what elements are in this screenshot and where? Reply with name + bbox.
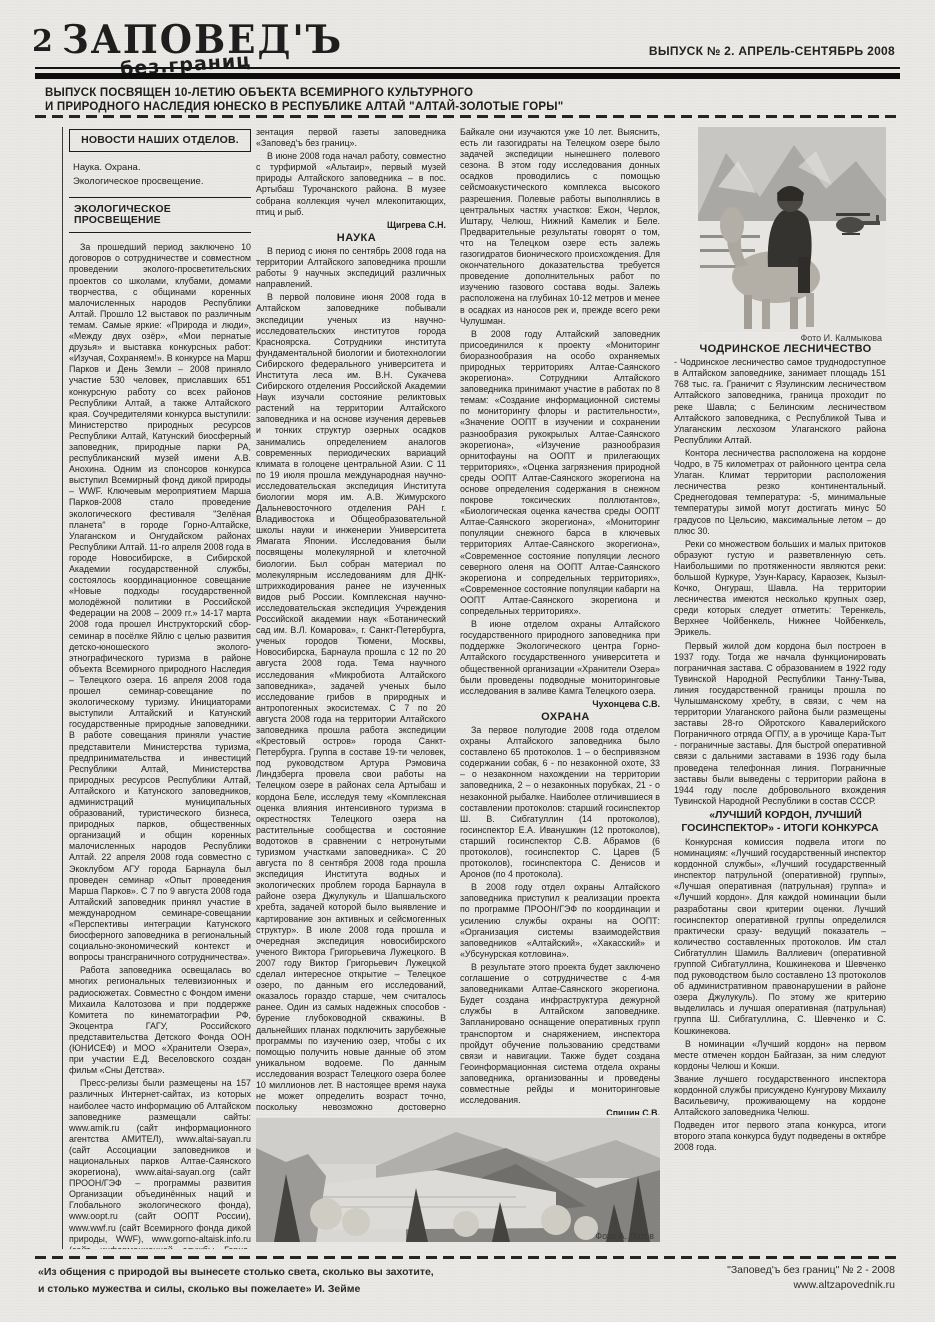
column-chodro: Фото И. Калмыкова ЧОДРИНСКОЕ ЛЕСНИЧЕСТВО… (674, 127, 886, 1249)
footer-issue-title: "Заповед'ъ без границ" № 2 - 2008 (727, 1263, 895, 1278)
paragraph: В номинации «Лучший кордон» на первом ме… (674, 1039, 886, 1072)
paragraph: Конкурсная комиссия подвела итоги по ном… (674, 837, 886, 1037)
newspaper-page: 2 ЗАПОВЕД'Ъ без.границ ВЫПУСК № 2. АПРЕЛ… (0, 0, 935, 1322)
contest-heading-line1: «ЛУЧШИЙ КОРДОН, ЛУЧШИЙ (709, 809, 862, 821)
science-heading: НАУКА (256, 233, 446, 244)
department-list: Наука. Охрана. Экологическое просвещение… (69, 152, 251, 197)
paragraph: В результате этого проекта будет заключе… (460, 962, 660, 1106)
paragraph: За первое полугодие 2008 года отделом ох… (460, 725, 660, 880)
footer-website: www.altzapovednik.ru (727, 1278, 895, 1293)
masthead-rule-thin (35, 67, 900, 69)
paragraph: Пресс-релизы были размещены на 157 разли… (69, 1078, 251, 1249)
horseman-photo (698, 127, 886, 331)
protection-heading: ОХРАНА (460, 712, 660, 723)
contest-heading-line2: ГОСИНСПЕКТОР» - ИТОГИ КОНКУРСА (681, 822, 878, 834)
dedication-line2: И ПРИРОДНОГО НАСЛЕДИЯ ЮНЕСКО В РЕСПУБЛИК… (45, 100, 563, 114)
paragraph: Работа заповедника освещалась во многих … (69, 965, 251, 1076)
paragraph: В 2008 году Алтайский заповедник присоед… (460, 329, 660, 617)
bottom-separator (35, 1256, 900, 1259)
issue-info: ВЫПУСК № 2. АПРЕЛЬ-СЕНТЯБРЬ 2008 (649, 44, 895, 58)
dept-line1: Наука. Охрана. (73, 161, 251, 175)
paragraph: Первый жилой дом кордона был построен в … (674, 641, 886, 807)
author-signature: Чухонцева С.В. (460, 699, 660, 710)
paragraph: Контора лесничества расположена на кордо… (674, 448, 886, 537)
column-eco-education: НОВОСТИ НАШИХ ОТДЕЛОВ. Наука. Охрана. Эк… (62, 127, 251, 1249)
paragraph: В период с июня по сентябрь 2008 года на… (256, 246, 446, 290)
paragraph: - Чодринское лесничество самое труднодос… (674, 357, 886, 446)
column-science: зентация первой газеты заповедника «Запо… (256, 127, 446, 1115)
top-separator (35, 115, 900, 118)
chodro-heading: ЧОДРИНСКОЕ ЛЕСНИЧЕСТВО (674, 344, 886, 355)
eco-education-heading: ЭКОЛОГИЧЕСКОЕ ПРОСВЕЩЕНИЕ (69, 197, 251, 233)
dept-line2: Экологическое просвещение. (73, 175, 251, 189)
paragraph: Звание лучшего государственного инспекто… (674, 1074, 886, 1118)
footer-quote-line1: «Из общения с природой вы вынесете столь… (38, 1264, 434, 1281)
masthead-rule-thick (35, 73, 900, 79)
dedication: ВЫПУСК ПОСВЯЩЕН 10-ЛЕТИЮ ОБЪЕКТА ВСЕМИРН… (45, 86, 563, 114)
contest-heading: «ЛУЧШИЙ КОРДОН, ЛУЧШИЙ ГОСИНСПЕКТОР» - И… (674, 809, 886, 835)
page-number: 2 (32, 24, 53, 59)
paragraph: В июне отделом охраны Алтайского государ… (460, 619, 660, 697)
news-box: НОВОСТИ НАШИХ ОТДЕЛОВ. (69, 129, 251, 152)
paragraph: зентация первой газеты заповедника «Запо… (256, 127, 446, 149)
lake-photo: Фото А. Лотов (256, 1118, 660, 1242)
paragraph: В 2008 году отдел охраны Алтайского запо… (460, 882, 660, 960)
paragraph: За прошедший период заключено 10 договор… (69, 242, 251, 963)
footer-issue-info: "Заповед'ъ без границ" № 2 - 2008 www.al… (727, 1263, 895, 1293)
author-signature: Щигрева С.Н. (256, 220, 446, 231)
author-signature: Спицин С.В. (460, 1108, 660, 1115)
paragraph: Подведен итог первого этапа конкурса, ит… (674, 1120, 886, 1153)
footer-quote-line2: и столько мужества и силы, сколько вы по… (38, 1281, 434, 1298)
dedication-line1: ВЫПУСК ПОСВЯЩЕН 10-ЛЕТИЮ ОБЪЕКТА ВСЕМИРН… (45, 86, 563, 100)
paragraph: В июне 2008 года начал работу, совместно… (256, 151, 446, 218)
footer-quote: «Из общения с природой вы вынесете столь… (38, 1264, 434, 1297)
column-protection: Байкале они изучаются уже 10 лет. Выясни… (460, 127, 660, 1115)
lake-photo-caption: Фото А. Лотов (595, 1231, 654, 1241)
paragraph: В первой половине июня 2008 года в Алтай… (256, 292, 446, 1115)
paragraph: Реки со множеством больших и малых прито… (674, 539, 886, 639)
paragraph: Байкале они изучаются уже 10 лет. Выясни… (460, 127, 660, 327)
